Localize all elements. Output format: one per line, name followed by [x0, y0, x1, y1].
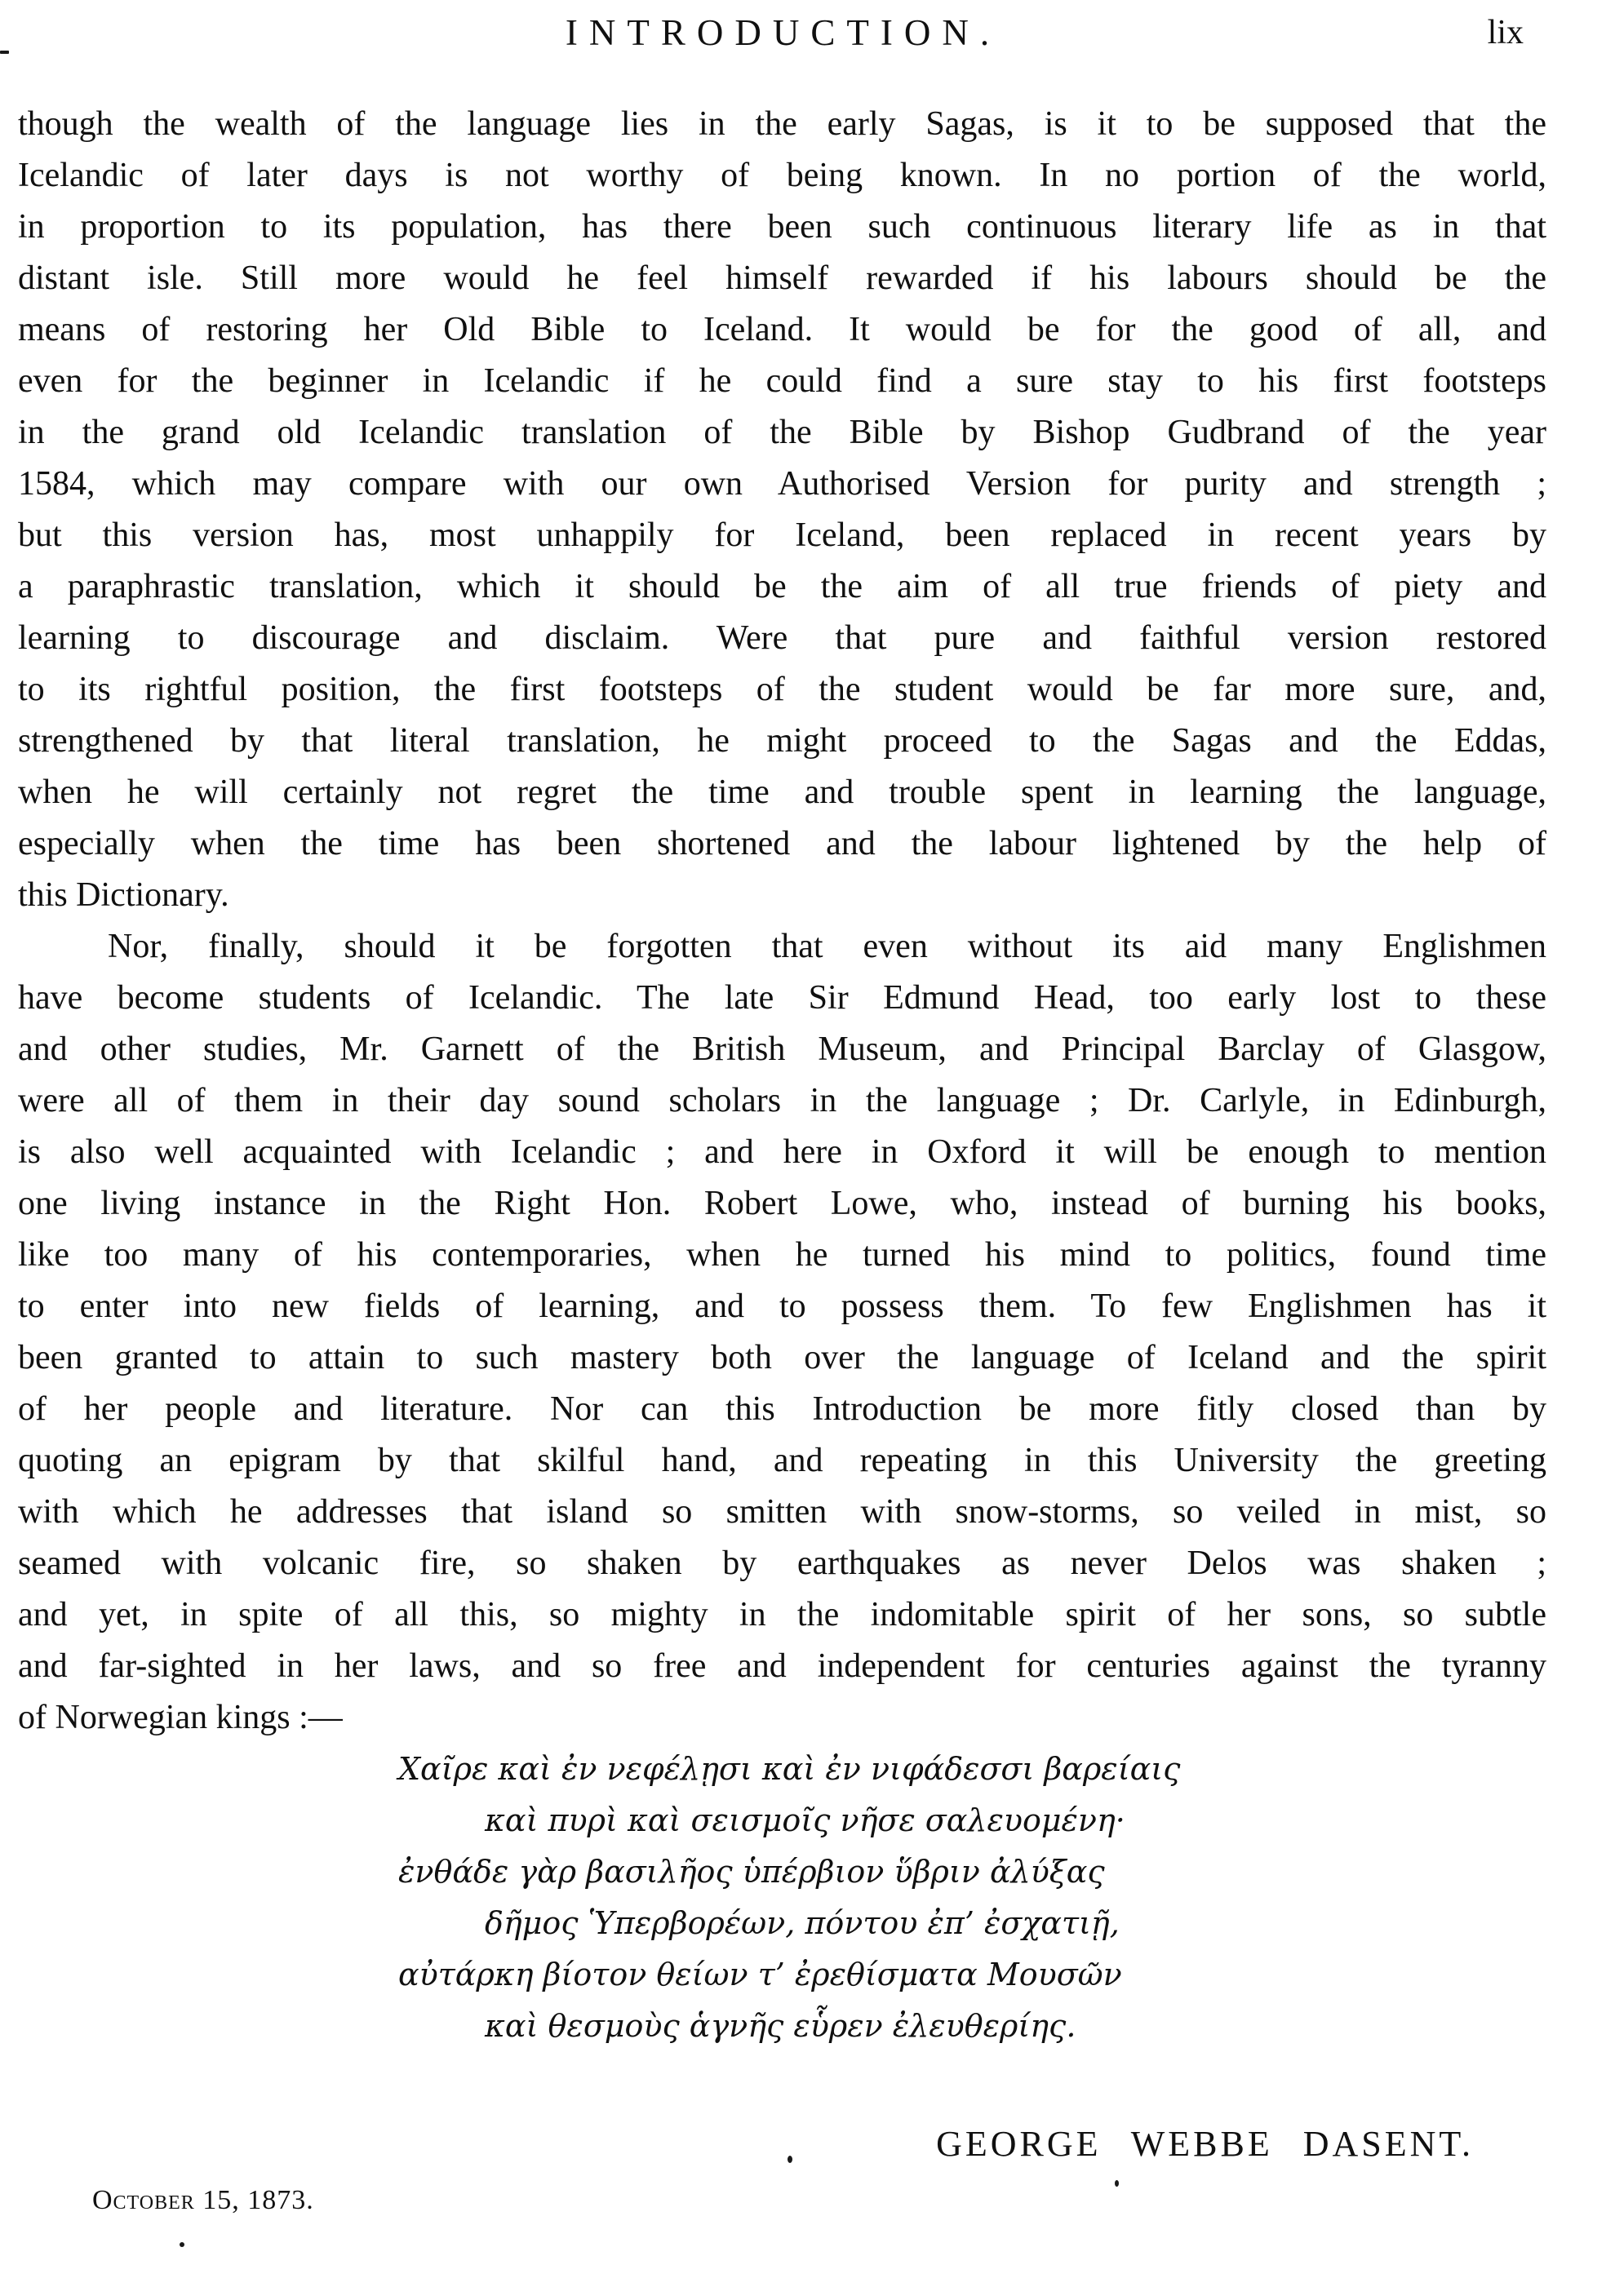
body-text: though the wealth of the language lies i…	[18, 99, 1546, 2052]
text-line: learning to discourage and disclaim. Wer…	[18, 613, 1546, 664]
text-line: when he will certainly not regret the ti…	[18, 767, 1546, 818]
text-line: to enter into new fields of learning, an…	[18, 1281, 1546, 1332]
text-line: in proportion to its population, has the…	[18, 202, 1546, 253]
text-line: a paraphrastic translation, which it sho…	[18, 561, 1546, 613]
scan-artifact	[1115, 2180, 1119, 2187]
text-line: were all of them in their day sound scho…	[18, 1075, 1546, 1127]
date-line: October 15, 1873.	[92, 2185, 314, 2216]
text-line: like too many of his contemporaries, whe…	[18, 1230, 1546, 1281]
text-line: even for the beginner in Icelandic if he…	[18, 356, 1546, 407]
text-line: is also well acquainted with Icelandic ;…	[18, 1127, 1546, 1178]
text-line: have become students of Icelandic. The l…	[18, 973, 1546, 1024]
page-title: INTRODUCTION.	[0, 11, 1566, 54]
text-line: and far-sighted in her laws, and so free…	[18, 1641, 1546, 1692]
text-line: Icelandic of later days is not worthy of…	[18, 150, 1546, 202]
text-line: though the wealth of the language lies i…	[18, 99, 1546, 150]
greek-verse-line: καὶ θεσμοὺς ἁγνῆς εὗρεν ἐλευθερίης.	[485, 2001, 1546, 2052]
paragraph: Nor, finally, should it be forgotten tha…	[18, 921, 1546, 1744]
paragraphs: though the wealth of the language lies i…	[18, 99, 1546, 1744]
text-line: with which he addresses that island so s…	[18, 1487, 1546, 1538]
text-line: 1584, which may compare with our own Aut…	[18, 459, 1546, 510]
scan-artifact	[180, 2242, 184, 2247]
greek-verse-line: αὐτάρκη βίοτον θείων τ’ ἐρεθίσματα Μουσῶ…	[398, 1949, 1546, 2001]
text-line: to its rightful position, the first foot…	[18, 664, 1546, 716]
greek-verse: Χαῖρε καὶ ἐν νεφέλῃσι καὶ ἐν νιφάδεσσι β…	[18, 1744, 1546, 2052]
greek-verse-line: καὶ πυρὶ καὶ σεισμοῖς νῆσε σαλευομένη·	[485, 1795, 1546, 1846]
text-line: been granted to attain to such mastery b…	[18, 1332, 1546, 1384]
text-line: in the grand old Icelandic translation o…	[18, 407, 1546, 459]
author-signature: GEORGE WEBBE DASENT.	[936, 2123, 1474, 2165]
text-line: and yet, in spite of all this, so mighty…	[18, 1589, 1546, 1641]
text-line: of her people and literature. Nor can th…	[18, 1384, 1546, 1435]
text-line: of Norwegian kings :—	[18, 1692, 1546, 1744]
text-line: quoting an epigram by that skilful hand,…	[18, 1435, 1546, 1487]
greek-verse-line: ἐνθάδε γὰρ βασιλῆος ὑπέρβιον ὕβριν ἀλύξα…	[398, 1846, 1546, 1898]
page-number: lix	[1488, 13, 1524, 52]
scan-artifact	[0, 51, 9, 54]
text-line: seamed with volcanic fire, so shaken by …	[18, 1538, 1546, 1589]
text-line: means of restoring her Old Bible to Icel…	[18, 304, 1546, 356]
paragraph: though the wealth of the language lies i…	[18, 99, 1546, 921]
book-page: INTRODUCTION. lix though the wealth of t…	[0, 0, 1615, 2296]
scan-artifact	[788, 2156, 792, 2163]
text-line: Nor, finally, should it be forgotten tha…	[18, 921, 1546, 973]
text-line: strengthened by that literal translation…	[18, 716, 1546, 767]
text-line: and other studies, Mr. Garnett of the Br…	[18, 1024, 1546, 1075]
greek-verse-line: Χαῖρε καὶ ἐν νεφέλῃσι καὶ ἐν νιφάδεσσι β…	[398, 1744, 1546, 1795]
text-line: especially when the time has been shorte…	[18, 818, 1546, 870]
text-line: one living instance in the Right Hon. Ro…	[18, 1178, 1546, 1230]
text-line: distant isle. Still more would he feel h…	[18, 253, 1546, 304]
greek-verse-line: δῆμος Ὑπερβορέων, πόντου ἐπ’ ἐσχατιῇ,	[485, 1898, 1546, 1949]
text-line: this Dictionary.	[18, 870, 1546, 921]
text-line: but this version has, most unhappily for…	[18, 510, 1546, 561]
